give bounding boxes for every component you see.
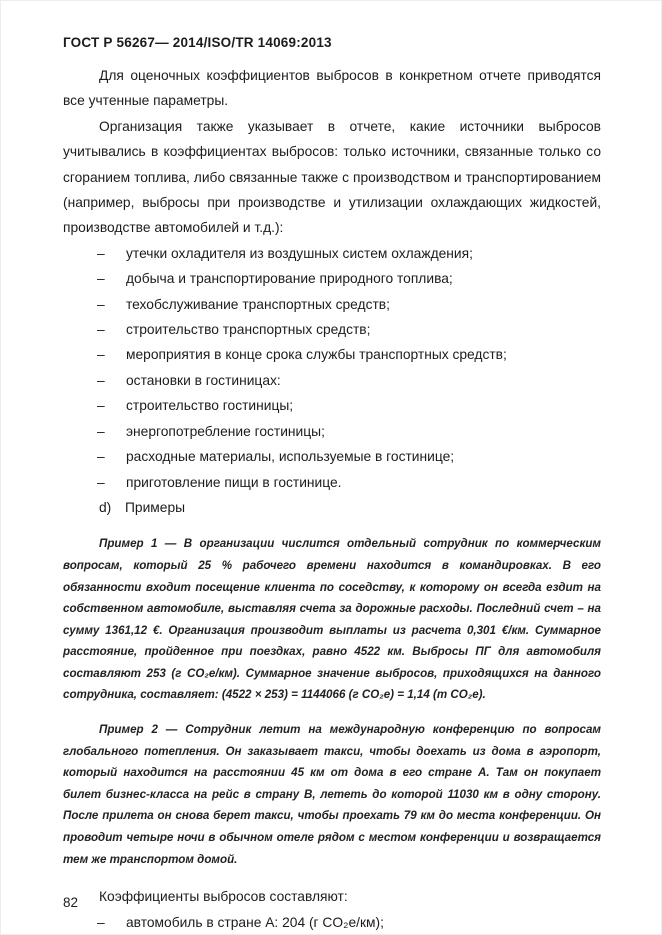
page-number: 82 <box>63 895 78 910</box>
list-item: – приготовление пищи в гостинице. <box>63 470 601 495</box>
example-1-paragraph: Пример 1 — В организации числится отдель… <box>63 533 601 706</box>
dash-marker: – <box>97 470 105 495</box>
dash-marker: – <box>97 419 105 444</box>
paragraph-organization-sources: Организация также указывает в отчете, ка… <box>63 114 601 241</box>
list-item-text: строительство гостиницы; <box>126 398 293 413</box>
dash-marker: – <box>97 292 105 317</box>
dash-marker: – <box>97 317 105 342</box>
list-item: – автомобиль в стране А: 204 (г CO₂е/км)… <box>63 910 601 935</box>
list-item: – техобслуживание транспортных средств; <box>63 292 601 317</box>
coefficients-list: – автомобиль в стране А: 204 (г CO₂е/км)… <box>63 910 601 935</box>
list-item-text: энергопотребление гостиницы; <box>126 424 325 439</box>
list-item-text: техобслуживание транспортных средств; <box>126 297 390 312</box>
list-item: – строительство транспортных средств; <box>63 317 601 342</box>
dash-marker: – <box>97 342 105 367</box>
subsection-d-heading: d)Примеры <box>63 495 601 520</box>
paragraph-emission-coefficients: Коэффициенты выбросов составляют: <box>63 884 601 909</box>
emission-sources-list: – утечки охладителя из воздушных систем … <box>63 241 601 495</box>
list-item-text: остановки в гостиницах: <box>126 373 281 388</box>
example-2-paragraph: Пример 2 — Сотрудник летит на международ… <box>63 719 601 870</box>
dash-marker: – <box>97 910 105 935</box>
list-item-text: автомобиль в стране А: 204 (г CO₂е/км); <box>126 915 384 930</box>
document-page: { "doc": { "header": "ГОСТ Р 56267— 2014… <box>0 0 662 935</box>
list-item: – расходные материалы, используемые в го… <box>63 444 601 469</box>
list-item-text: мероприятия в конце срока службы транспо… <box>126 347 507 362</box>
list-item: – утечки охладителя из воздушных систем … <box>63 241 601 266</box>
list-item: – добыча и транспортирование природного … <box>63 266 601 291</box>
list-item: – строительство гостиницы; <box>63 393 601 418</box>
dash-marker: – <box>97 241 105 266</box>
list-item-text: строительство транспортных средств; <box>126 322 370 337</box>
dash-marker: – <box>97 444 105 469</box>
list-item-text: расходные материалы, используемые в гост… <box>126 449 454 464</box>
subsection-d-title: Примеры <box>125 500 185 515</box>
gost-document-page: ГОСТ Р 56267— 2014/ISO/TR 14069:2013 Для… <box>1 1 662 935</box>
dash-marker: – <box>97 368 105 393</box>
list-item-text: приготовление пищи в гостинице. <box>126 475 342 490</box>
dash-marker: – <box>97 266 105 291</box>
list-item: – остановки в гостиницах: <box>63 368 601 393</box>
list-item: – мероприятия в конце срока службы транс… <box>63 342 601 367</box>
document-header-title: ГОСТ Р 56267— 2014/ISO/TR 14069:2013 <box>63 35 601 50</box>
dash-marker: – <box>97 393 105 418</box>
list-item: – энергопотребление гостиницы; <box>63 419 601 444</box>
paragraph-estimated-coefficients: Для оценочных коэффициентов выбросов в к… <box>63 63 601 114</box>
list-item-text: утечки охладителя из воздушных систем ох… <box>126 246 473 261</box>
subsection-d-label: d) <box>99 495 125 520</box>
list-item-text: добыча и транспортирование природного то… <box>126 271 453 286</box>
